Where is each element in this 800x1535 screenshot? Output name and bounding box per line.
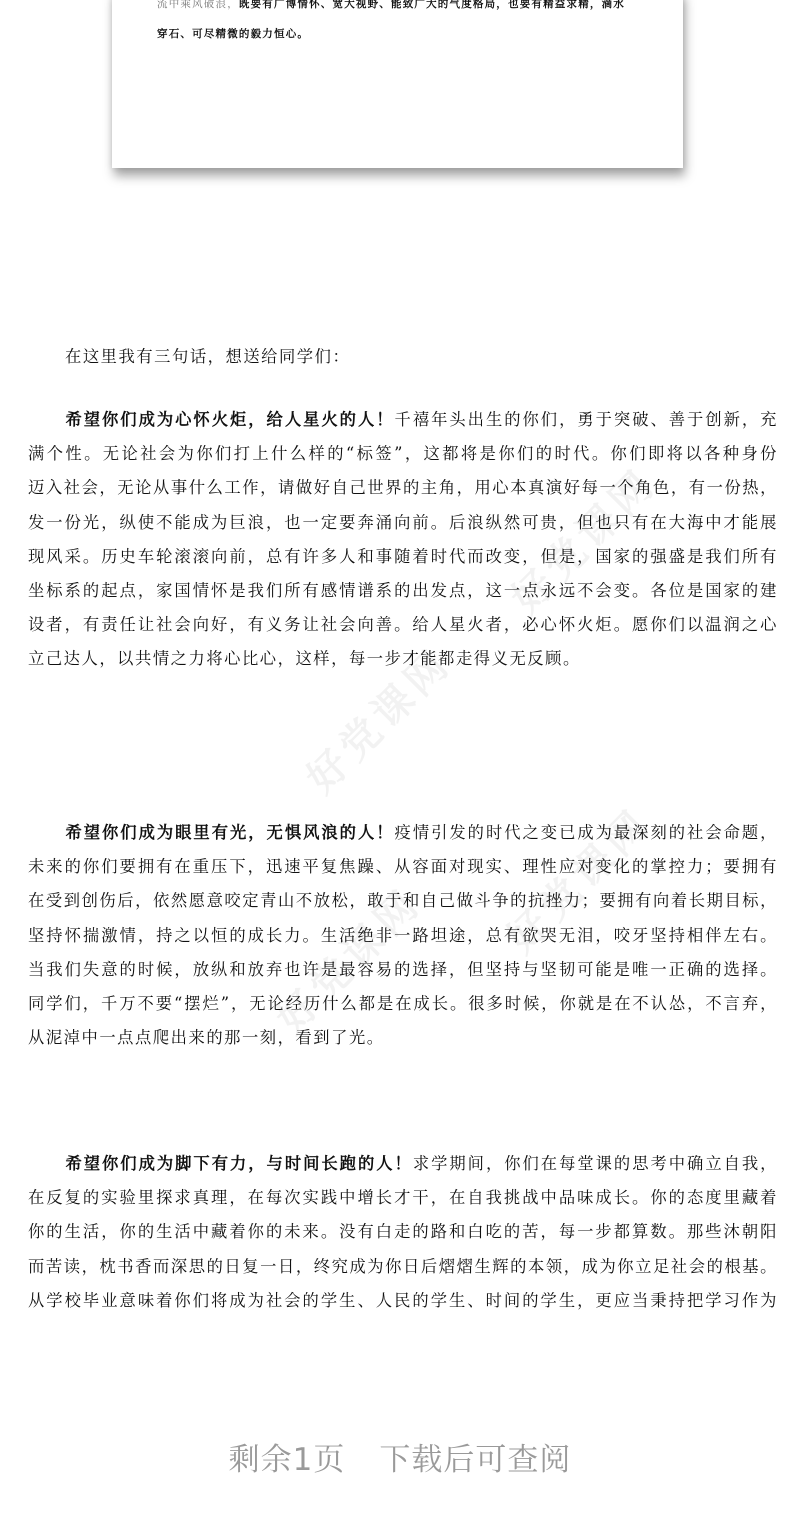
download-hint-label: 下载后可查阅 [379, 1442, 571, 1478]
paragraph-line: 同学们，千万不要“摆烂”，无论经历什么都是在成长。很多时候，你就是在不认怂，不言… [28, 987, 778, 1021]
paragraph-line: 坚持怀揣激情，持之以恒的成长力。生活绝非一路坦途，总有欲哭无泪，咬牙坚持相伴左右… [28, 919, 778, 953]
preview-text-faded: 流中乘风破浪， [157, 0, 239, 10]
preview-text-line-2: 穿石、可尽精微的毅力恒心。 [157, 26, 653, 41]
paragraph-line: 设者，有责任让社会向好，有义务让社会向善。给人星火者，必心怀火炬。愿你们以温润之… [28, 608, 778, 642]
intro-text: 在这里我有三句话，想送给同学们： [65, 347, 350, 366]
paragraph-line: 而苦读，枕书香而深思的日复一日，终究成为你日后熠熠生辉的本领，成为你立足社会的根… [28, 1250, 778, 1284]
previous-page-preview-card: 流中乘风破浪，既要有广博情怀、宽大视野、能致广大的气度格局，也要有精益求精，滴水… [112, 0, 683, 168]
remaining-pages-download-prompt[interactable]: 剩余1页下载后可查阅 [0, 1434, 800, 1479]
intro-paragraph: 在这里我有三句话，想送给同学们： [28, 340, 778, 374]
paragraph-line: 现风采。历史车轮滚滚向前，总有许多人和事随着时代而改变，但是，国家的强盛是我们所… [28, 540, 778, 574]
paragraph-line: 从泥淖中一点点爬出来的那一刻，看到了光。 [28, 1021, 778, 1055]
paragraph-line: 立己达人，以共情之力将心比心，这样，每一步才能都走得义无反顾。 [28, 642, 778, 676]
section-paragraph-3: 希望你们成为脚下有力，与时间长跑的人！求学期间，你们在每堂课的思考中确立自我， … [28, 1147, 778, 1318]
paragraph-line: 从学校毕业意味着你们将成为社会的学生、人民的学生、时间的学生，更应当秉持把学习作… [28, 1284, 778, 1318]
remaining-pages-label: 剩余1页 [229, 1442, 346, 1478]
section-paragraph-2: 希望你们成为眼里有光，无惧风浪的人！疫情引发的时代之变已成为最深刻的社会命题， … [28, 816, 778, 1055]
paragraph-line: 发一份光，纵使不能成为巨浪，也一定要奔涌向前。后浪纵然可贵，但也只有在大海中才能… [28, 506, 778, 540]
paragraph-line: 满个性。无论社会为你们打上什么样的“标签”，这都将是你们的时代。你们即将以各种身… [28, 437, 778, 471]
paragraph-line: 在反复的实验里探求真理，在每次实践中增长才干，在自我挑战中品味成长。你的态度里藏… [28, 1181, 778, 1215]
paragraph-line: 疫情引发的时代之变已成为最深刻的社会命题， [395, 823, 778, 842]
document-page: 好党课网 好党课网 好党课网 好党课网 在这里我有三句话，想送给同学们： 希望你… [25, 330, 782, 1405]
section-lead-heading: 希望你们成为眼里有光，无惧风浪的人！ [65, 823, 395, 842]
paragraph-line: 你的生活，你的生活中藏着你的未来。没有白走的路和白吃的苦，每一步都算数。那些沐朝… [28, 1215, 778, 1249]
preview-text: 既要有广博情怀、宽大视野、能致广大的气度格局，也要有精益求精，滴水 [239, 0, 625, 10]
preview-text-line-1: 流中乘风破浪，既要有广博情怀、宽大视野、能致广大的气度格局，也要有精益求精，滴水 [157, 0, 653, 11]
paragraph-line: 在受到创伤后，依然愿意咬定青山不放松，敢于和自己做斗争的抗挫力；要拥有向着长期目… [28, 884, 778, 918]
paragraph-line: 迈入社会，无论从事什么工作，请做好自己世界的主角，用心本真演好每一个角色，有一份… [28, 471, 778, 505]
section-lead-heading: 希望你们成为脚下有力，与时间长跑的人！ [65, 1154, 413, 1173]
paragraph-line: 坐标系的起点，家国情怀是我们所有感情谱系的出发点，这一点永远不会变。各位是国家的… [28, 574, 778, 608]
paragraph-line: 千禧年头出生的你们，勇于突破、善于创新，充 [395, 410, 778, 429]
section-paragraph-1: 希望你们成为心怀火炬，给人星火的人！千禧年头出生的你们，勇于突破、善于创新，充 … [28, 403, 778, 677]
paragraph-line: 求学期间，你们在每堂课的思考中确立自我， [413, 1154, 778, 1173]
section-lead-heading: 希望你们成为心怀火炬，给人星火的人！ [65, 410, 395, 429]
paragraph-line: 未来的你们要拥有在重压下，迅速平复焦躁、从容面对现实、理性应对变化的掌控力；要拥… [28, 850, 778, 884]
paragraph-line: 当我们失意的时候，放纵和放弃也许是最容易的选择，但坚持与坚韧可能是唯一正确的选择… [28, 953, 778, 987]
